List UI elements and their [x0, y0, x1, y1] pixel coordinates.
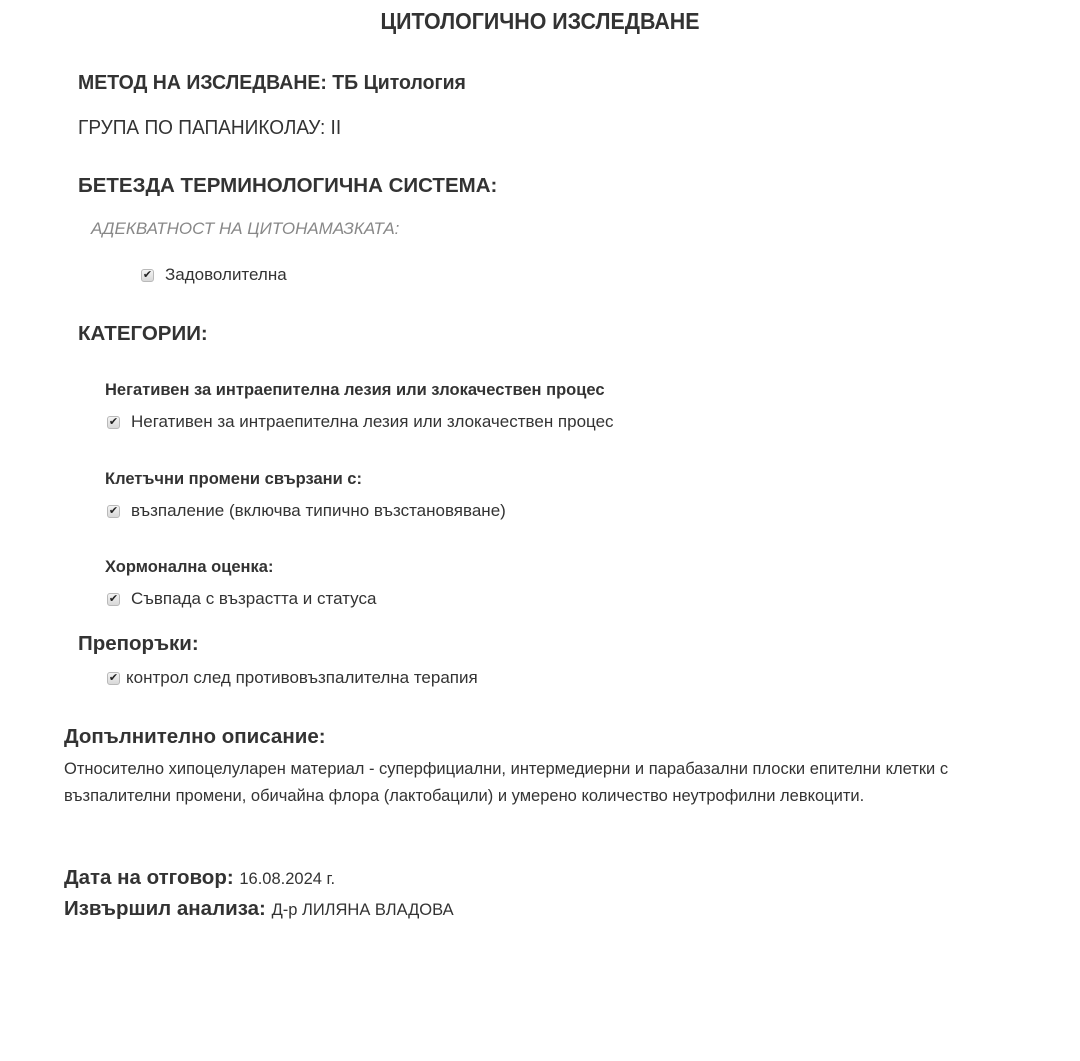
option-label: възпаление (включва типично възстановява… [131, 501, 506, 521]
performed-by: Извършил анализа: Д-р ЛИЛЯНА ВЛАДОВА [64, 897, 454, 921]
method-heading: МЕТОД НА ИЗСЛЕДВАНЕ: ТБ Цитология [78, 71, 466, 95]
option-label: контрол след противовъзпалителна терапия [126, 668, 478, 688]
response-date-value: 16.08.2024 г. [239, 870, 335, 888]
checkbox-checked-icon: ✔ [107, 593, 120, 606]
additional-description-text: Относително хипоцелуларен материал - суп… [64, 756, 1024, 810]
recommendation-option: ✔ контрол след противовъзпалителна терап… [107, 668, 478, 688]
performed-by-value: Д-р ЛИЛЯНА ВЛАДОВА [272, 901, 454, 919]
category-option: ✔ Съвпада с възрастта и статуса [107, 589, 376, 609]
option-label: Негативен за интраепителна лезия или зло… [131, 412, 614, 432]
papanicolaou-group: ГРУПА ПО ПАПАНИКОЛАУ: II [78, 116, 341, 140]
response-date: Дата на отговор: 16.08.2024 г. [64, 866, 335, 890]
recommendations-heading: Препоръки: [78, 632, 199, 656]
categories-heading: КАТЕГОРИИ: [78, 322, 208, 346]
performed-by-label: Извършил анализа: [64, 897, 266, 920]
adequacy-label: АДЕКВАТНОСТ НА ЦИТОНАМАЗКАТА: [91, 219, 399, 239]
category-option: ✔ възпаление (включва типично възстановя… [107, 501, 506, 521]
checkbox-checked-icon: ✔ [107, 416, 120, 429]
category-group-title: Негативен за интраепителна лезия или зло… [105, 381, 605, 400]
document-title: ЦИТОЛОГИЧНО ИЗСЛЕДВАНЕ [38, 8, 1042, 35]
checkbox-checked-icon: ✔ [107, 672, 120, 685]
category-group-title: Хормонална оценка: [105, 558, 273, 577]
option-label: Задоволителна [165, 265, 287, 285]
category-option: ✔ Негативен за интраепителна лезия или з… [107, 412, 614, 432]
checkbox-checked-icon: ✔ [141, 269, 154, 282]
option-label: Съвпада с възрастта и статуса [131, 589, 376, 609]
adequacy-option-satisfactory: ✔ Задоволителна [141, 265, 287, 285]
additional-description-heading: Допълнително описание: [64, 725, 326, 749]
checkbox-checked-icon: ✔ [107, 505, 120, 518]
category-group-title: Клетъчни промени свързани с: [105, 470, 362, 489]
bethesda-heading: БЕТЕЗДА ТЕРМИНОЛОГИЧНА СИСТЕМА: [78, 174, 497, 198]
response-date-label: Дата на отговор: [64, 866, 234, 889]
